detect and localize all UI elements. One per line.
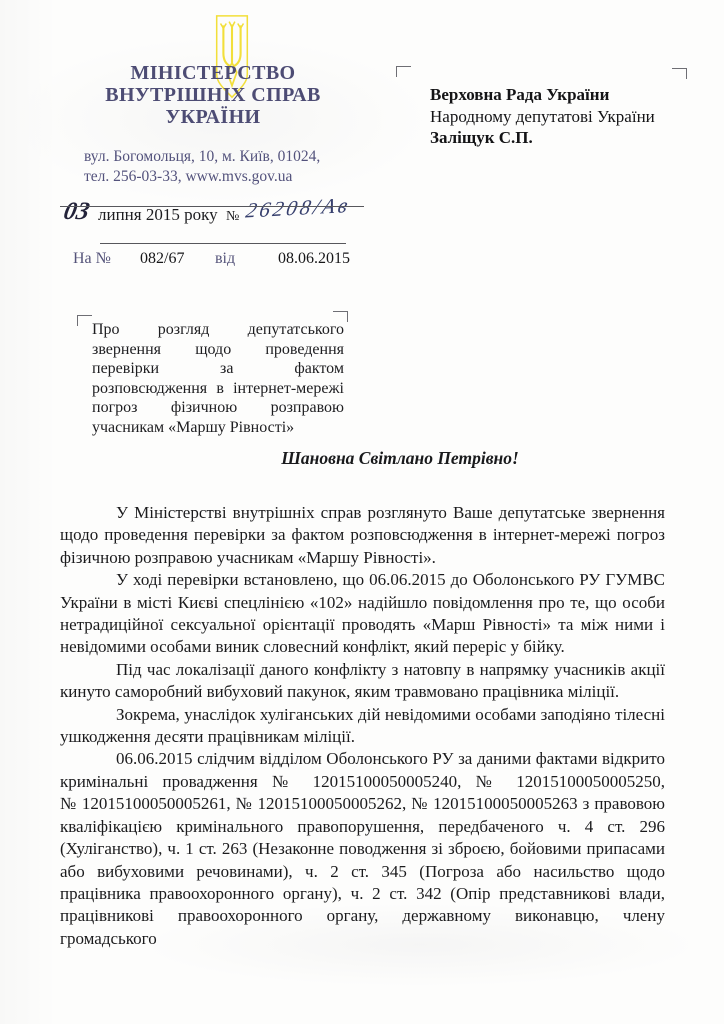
body-paragraph-4: Зокрема, унаслідок хуліганських дій неві…	[60, 704, 665, 749]
incoming-number-value: 082/67	[140, 250, 184, 268]
incoming-from-label: від	[215, 250, 235, 268]
outgoing-ref-row: 03 липня 2015 року № 26208/Ав	[60, 198, 380, 234]
recipient-corner-mark-right	[672, 68, 687, 79]
ministry-name-line3: УКРАЇНИ	[85, 106, 341, 128]
recipient-org: Верховна Рада України	[430, 84, 690, 106]
body-paragraph-1: У Міністерстві внутрішніх справ розгляну…	[60, 502, 665, 569]
recipient-name: Заліщук С.П.	[430, 127, 690, 149]
ref-underline-2	[100, 243, 346, 244]
body-paragraph-2: У ході перевірки встановлено, що 06.06.2…	[60, 569, 665, 659]
address-line1: вул. Богомольця, 10, м. Київ, 01024,	[84, 147, 384, 167]
ministry-name-line2: ВНУТРІШНІХ СПРАВ	[85, 84, 341, 106]
ref-underline-1	[60, 206, 364, 207]
body-paragraph-3: Під час локалізації даного конфлікту з н…	[60, 659, 665, 704]
letter-subject: Про розгляд депутатського звернення щодо…	[92, 320, 344, 438]
printed-month-year: липня 2015 року	[98, 205, 218, 225]
number-sign: №	[226, 209, 239, 225]
scanned-letter-page: МІНІСТЕРСТВО ВНУТРІШНІХ СПРАВ УКРАЇНИ ву…	[0, 0, 724, 1024]
handwritten-day: 03	[61, 198, 92, 226]
letter-body: У Міністерстві внутрішніх справ розгляну…	[60, 502, 665, 950]
recipient-block: Верховна Рада України Народному депутато…	[430, 84, 690, 149]
salutation: Шановна Світлано Петрівно!	[200, 448, 600, 469]
subject-corner-mark-left	[77, 315, 92, 326]
ministry-name-line1: МІНІСТЕРСТВО	[85, 62, 341, 84]
incoming-number-label: На №	[73, 250, 111, 268]
body-paragraph-5: 06.06.2015 слідчим відділом Оболонського…	[60, 748, 665, 950]
recipient-role: Народному депутатові України	[430, 106, 690, 128]
address-line2: тел. 256-03-33, www.mvs.gov.ua	[84, 167, 384, 187]
recipient-corner-mark-left	[396, 66, 411, 77]
ministry-name: МІНІСТЕРСТВО ВНУТРІШНІХ СПРАВ УКРАЇНИ	[85, 62, 341, 128]
ministry-address: вул. Богомольця, 10, м. Київ, 01024, тел…	[84, 147, 384, 187]
incoming-date-value: 08.06.2015	[278, 250, 350, 268]
